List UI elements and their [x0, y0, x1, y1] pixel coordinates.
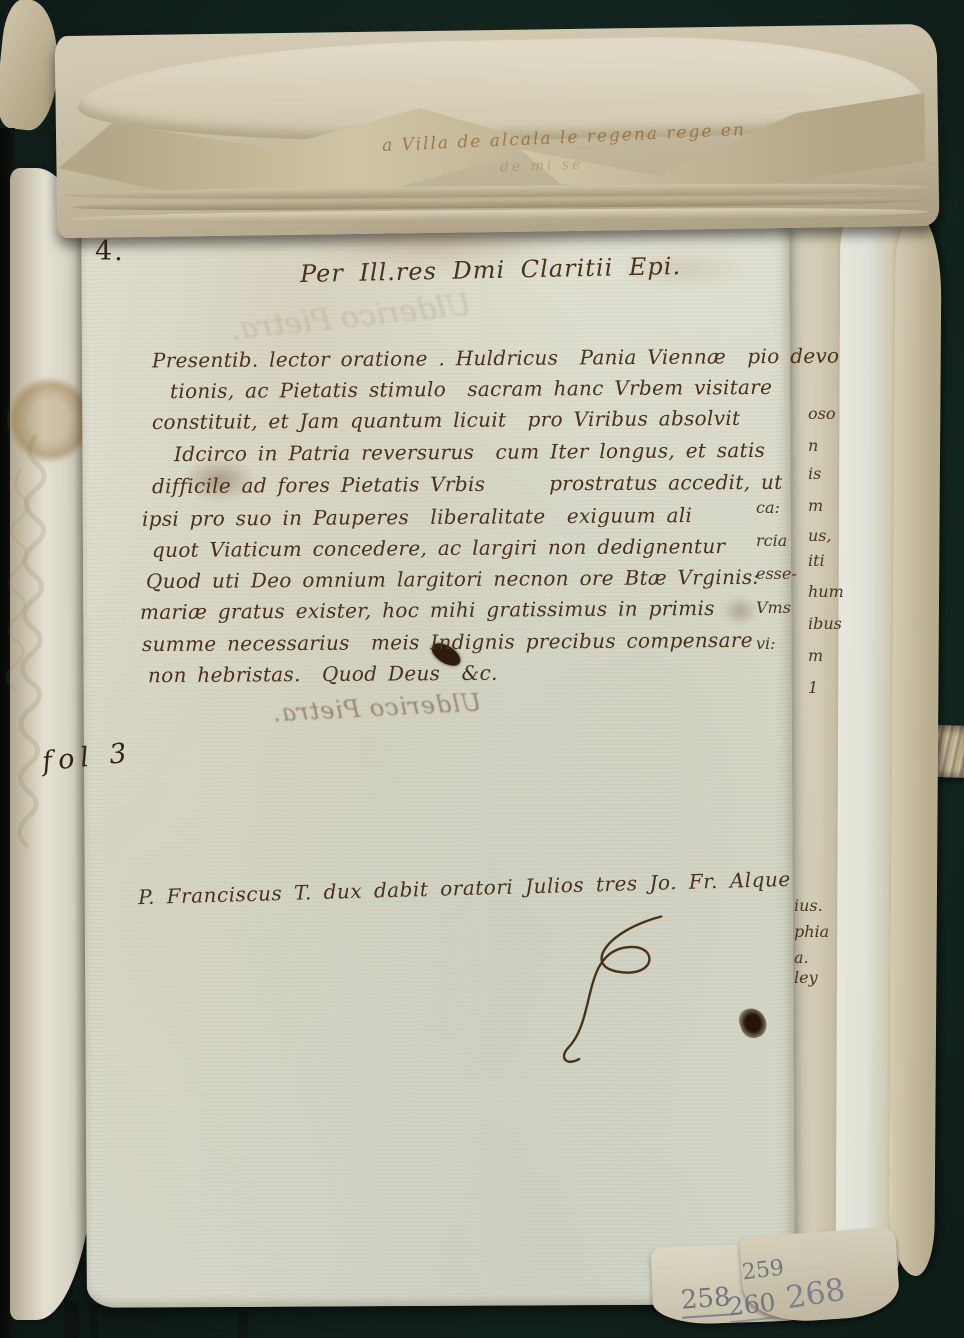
- edge-fragment: rcia: [756, 531, 787, 550]
- body-line: ipsi pro suo in Pauperes liberalitate ex…: [142, 503, 692, 531]
- body-line: Presentib. lector oratione . Huldricus P…: [152, 344, 840, 373]
- stack-faint-inscription-line2: de mi se: [500, 157, 584, 176]
- edge-fragment: a.: [794, 948, 809, 967]
- edge-fragment: m: [808, 496, 823, 515]
- archive-number: 259: [741, 1256, 786, 1286]
- folio-page-number: 4.: [95, 236, 125, 267]
- edge-fragment: hum: [808, 582, 844, 601]
- left-page-ghost-script: [0, 430, 68, 890]
- edge-fragment: ius.: [794, 896, 823, 915]
- edge-fragment: is: [808, 464, 821, 483]
- body-line: tionis, ac Pietatis stimulo sacram hanc …: [170, 375, 772, 403]
- archive-photo-scene: Ulderico Pietra. Ulderico Pietra. 4. Per…: [0, 0, 964, 1338]
- edge-fragment: ca:: [756, 498, 780, 517]
- edge-fragment: us,: [808, 526, 832, 545]
- body-line: non hebristas. Quod Deus &c.: [148, 661, 498, 687]
- body-line: Quod uti Deo omnium largitori necnon ore…: [146, 565, 760, 593]
- edge-fragment: 1: [808, 678, 818, 697]
- edge-text-fragments-lower: ius. phia a. ley: [794, 0, 814, 114]
- edge-fragment: oso: [808, 404, 835, 423]
- edge-fragment: ley: [794, 968, 818, 987]
- edge-text-fragments-left-column: ca: rcia esse- Vms vi:: [756, 0, 776, 133]
- edge-fragment: n: [808, 436, 818, 455]
- body-line: Idcirco in Patria reversurus cum Iter lo…: [174, 438, 765, 466]
- underlying-page-edge: [888, 214, 941, 1276]
- paraph-flourish: [552, 898, 694, 1082]
- body-line: mariæ gratus exister, hoc mihi gratissim…: [140, 596, 715, 624]
- body-line: quot Viaticum concedere, ac largiri non …: [152, 534, 725, 562]
- edge-fragment: vi:: [756, 634, 776, 653]
- edge-fragment: esse-: [756, 564, 797, 583]
- spine-shadow-mark: [238, 1312, 248, 1338]
- edge-fragment: ibus: [808, 614, 842, 633]
- edge-fragment: Vms: [756, 598, 791, 617]
- edge-fragment: m: [808, 646, 823, 665]
- body-line: summe necessarius meis Indignis precibus…: [142, 628, 753, 656]
- edge-fragment: phia: [794, 922, 829, 941]
- body-line: difficile ad fores Pietatis Vrbis prostr…: [152, 470, 783, 498]
- body-line: constituit, et Jam quantum licuit pro Vi…: [152, 406, 740, 434]
- archive-number: 258: [680, 1282, 732, 1318]
- spine-shadow-mark: [64, 1300, 79, 1338]
- spine-shadow-mark: [90, 1306, 98, 1338]
- edge-fragment: iti: [808, 551, 825, 570]
- archive-number: 260: [727, 1288, 778, 1324]
